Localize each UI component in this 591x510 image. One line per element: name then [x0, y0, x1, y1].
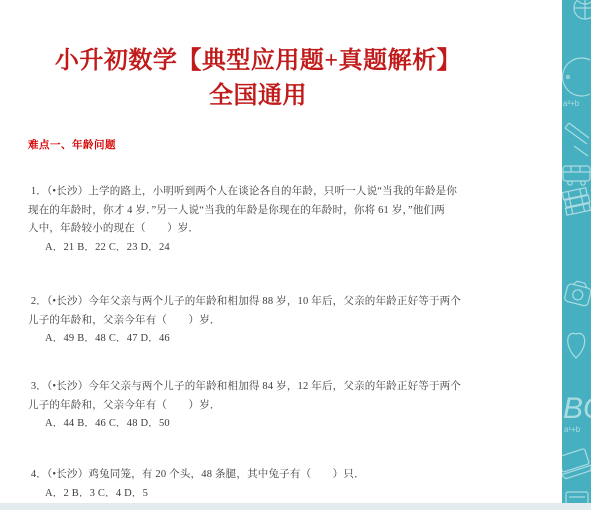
question-text: 3．（•长沙）今年父亲与两个儿子的年龄和相加得 84 岁，12 年后，父亲的年龄… — [28, 378, 510, 415]
question-options: A．49 B．48 C．47 D．46 — [28, 330, 510, 349]
question-text: 1．（•长沙）上学的路上，小明听到两个人在谈论各自的年龄，只听一人说“当我的年龄… — [28, 183, 510, 239]
svg-text:BC: BC — [563, 392, 591, 425]
page-title: 小升初数学【典型应用题+真题解析】 全国通用 — [0, 44, 516, 114]
doodle-pattern: a³+b BC a¹+b — [562, 0, 591, 503]
question-options: A．2 B．3 C．4 D．5 — [28, 485, 510, 504]
question-options: A．44 B．46 C．48 D．50 — [28, 415, 510, 434]
page-title-line1: 小升初数学【典型应用题+真题解析】 — [0, 44, 516, 79]
svg-text:a³+b: a³+b — [563, 99, 580, 108]
question-text: 2．（•长沙）今年父亲与两个儿子的年龄和相加得 88 岁，10 年后，父亲的年龄… — [28, 293, 510, 330]
page-title-line2: 全国通用 — [0, 79, 516, 114]
document-page: 小升初数学【典型应用题+真题解析】 全国通用 难点一、年龄问题 1．（•长沙）上… — [0, 0, 591, 510]
question-1: 1．（•长沙）上学的路上，小明听到两个人在谈论各自的年龄，只听一人说“当我的年龄… — [28, 183, 510, 257]
question-3: 3．（•长沙）今年父亲与两个儿子的年龄和相加得 84 岁，12 年后，父亲的年龄… — [28, 378, 510, 434]
question-2: 2．（•长沙）今年父亲与两个儿子的年龄和相加得 88 岁，10 年后，父亲的年龄… — [28, 293, 510, 349]
question-text: 4．（•长沙）鸡兔同笼，有 20 个头，48 条腿，其中兔子有（ ）只． — [28, 466, 510, 485]
decorative-sidebar: a³+b BC a¹+b — [562, 0, 591, 503]
svg-text:a¹+b: a¹+b — [564, 425, 581, 434]
section-heading: 难点一、年龄问题 — [28, 139, 116, 153]
question-4: 4．（•长沙）鸡兔同笼，有 20 个头，48 条腿，其中兔子有（ ）只． A．2… — [28, 466, 510, 503]
question-options: A．21 B．22 C．23 D．24 — [28, 239, 510, 258]
page-bottom-edge — [0, 503, 591, 510]
